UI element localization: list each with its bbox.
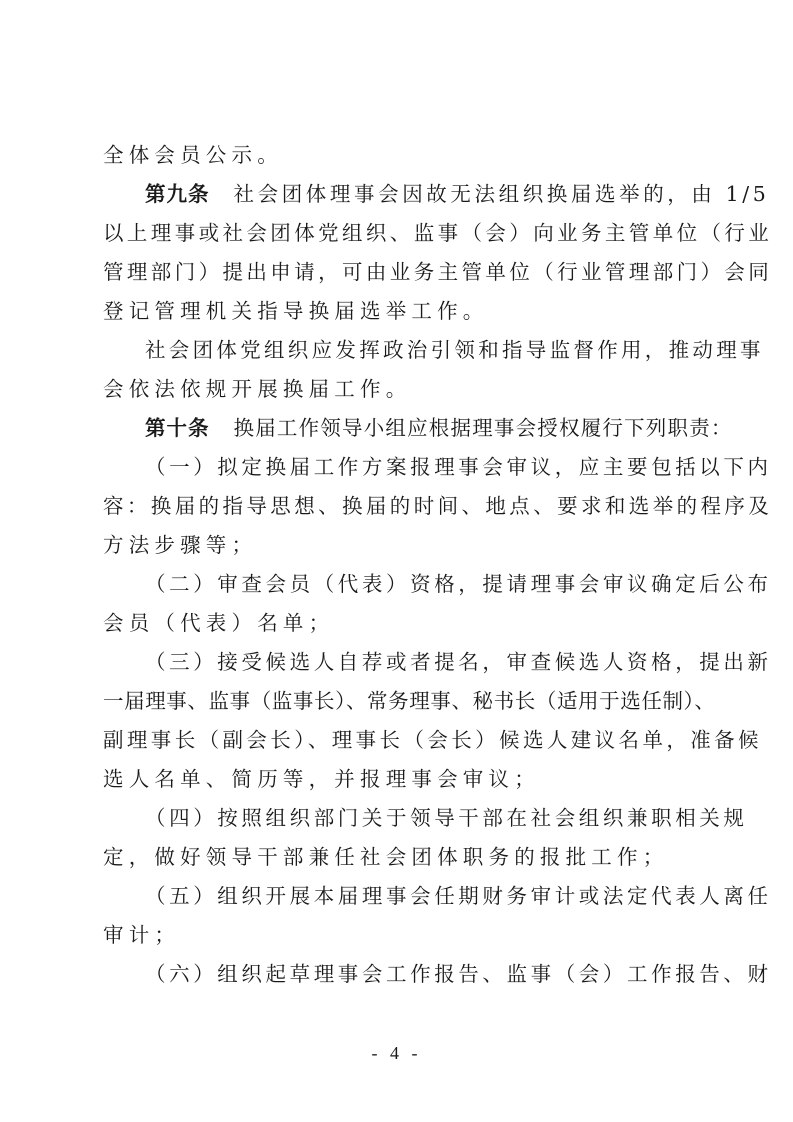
list-item-line: （三）接受候选人自荐或者提名，审查候选人资格，提出新 [103,647,772,677]
line-text: 换届工作领导小组应根据理事会授权履行下列职责： [234,416,733,440]
line-text: 管理部门）提出申请，可由业务主管单位（行业管理部门）会同 [103,260,772,284]
line-text: （二）审查会员（代表）资格，提请理事会审议确定后公布 [145,572,772,596]
paragraph-line: 会依法依规开展换届工作。 [103,374,411,404]
line-text: 方法步骤等； [103,533,257,557]
line-text: 全体会员公示。 [103,143,283,167]
list-item-line: （六）组织起草理事会工作报告、监事（会）工作报告、财 [103,959,772,989]
line-text: 审计； [103,923,180,947]
line-text: 社会团体理事会因故无法组织换届选举的，由 1/5 [234,182,770,206]
line-text: 容：换届的指导思想、换届的时间、地点、要求和选举的程序及 [103,494,772,518]
paragraph-line: 社会团体党组织应发挥政治引领和指导监督作用，推动理事 [103,335,764,365]
line-text: （六）组织起草理事会工作报告、监事（会）工作报告、财 [145,962,772,986]
line-text: （五）组织开展本届理事会任期财务审计或法定代表人离任 [145,884,772,908]
line-text: 会员（代表）名单； [103,611,334,635]
paragraph-line: 方法步骤等； [103,530,257,560]
paragraph-line: 以上理事或社会团体党组织、监事（会）向业务主管单位（行业 [103,218,772,248]
article-10-heading-line: 第十条换届工作领导小组应根据理事会授权履行下列职责： [103,413,733,443]
line-text: （三）接受候选人自荐或者提名，审查候选人资格，提出新 [145,650,772,674]
line-text: 社会团体党组织应发挥政治引领和指导监督作用，推动理事 [145,338,764,362]
paragraph-line: 选人名单、简历等，并报理事会审议； [103,764,540,794]
paragraph-line: 审计； [103,920,180,950]
article-9-heading-line: 第九条社会团体理事会因故无法组织换届选举的，由 1/5 [103,179,769,209]
line-text: 一届理事、监事（监事长）、常务理事、秘书长（适用于选任制）、 [103,689,716,713]
paragraph-line: 定，做好领导干部兼任社会团体职务的报批工作； [103,842,668,872]
paragraph-line: 一届理事、监事（监事长）、常务理事、秘书长（适用于选任制）、 [103,686,716,716]
article-heading: 第九条 [145,182,210,206]
line-text: 定，做好领导干部兼任社会团体职务的报批工作； [103,845,668,869]
paragraph-line: 容：换届的指导思想、换届的时间、地点、要求和选举的程序及 [103,491,772,521]
paragraph-line: 登记管理机关指导换届选举工作。 [103,296,489,326]
paragraph-line: 副理事长（副会长）、理事长（会长）候选人建议名单，准备候 [103,725,762,755]
list-item-line: （五）组织开展本届理事会任期财务审计或法定代表人离任 [103,881,772,911]
line-text: 以上理事或社会团体党组织、监事（会）向业务主管单位（行业 [103,221,772,245]
article-heading: 第十条 [145,416,210,440]
paragraph-line: 会员（代表）名单； [103,608,334,638]
page-number: - 4 - [0,1043,793,1064]
paragraph-line: 管理部门）提出申请，可由业务主管单位（行业管理部门）会同 [103,257,772,287]
list-item-line: （四）按照组织部门关于领导干部在社会组织兼职相关规 [103,803,748,833]
line-text: 会依法依规开展换届工作。 [103,377,411,401]
line-text: 登记管理机关指导换届选举工作。 [103,299,489,323]
list-item-line: （二）审查会员（代表）资格，提请理事会审议确定后公布 [103,569,772,599]
paragraph-line: 全体会员公示。 [103,140,283,170]
line-text: 副理事长（副会长）、理事长（会长）候选人建议名单，准备候 [103,728,762,752]
list-item-line: （一）拟定换届工作方案报理事会审议，应主要包括以下内 [103,452,772,482]
line-text: （四）按照组织部门关于领导干部在社会组织兼职相关规 [145,806,748,830]
line-text: 选人名单、简历等，并报理事会审议； [103,767,540,791]
line-text: （一）拟定换届工作方案报理事会审议，应主要包括以下内 [145,455,772,479]
